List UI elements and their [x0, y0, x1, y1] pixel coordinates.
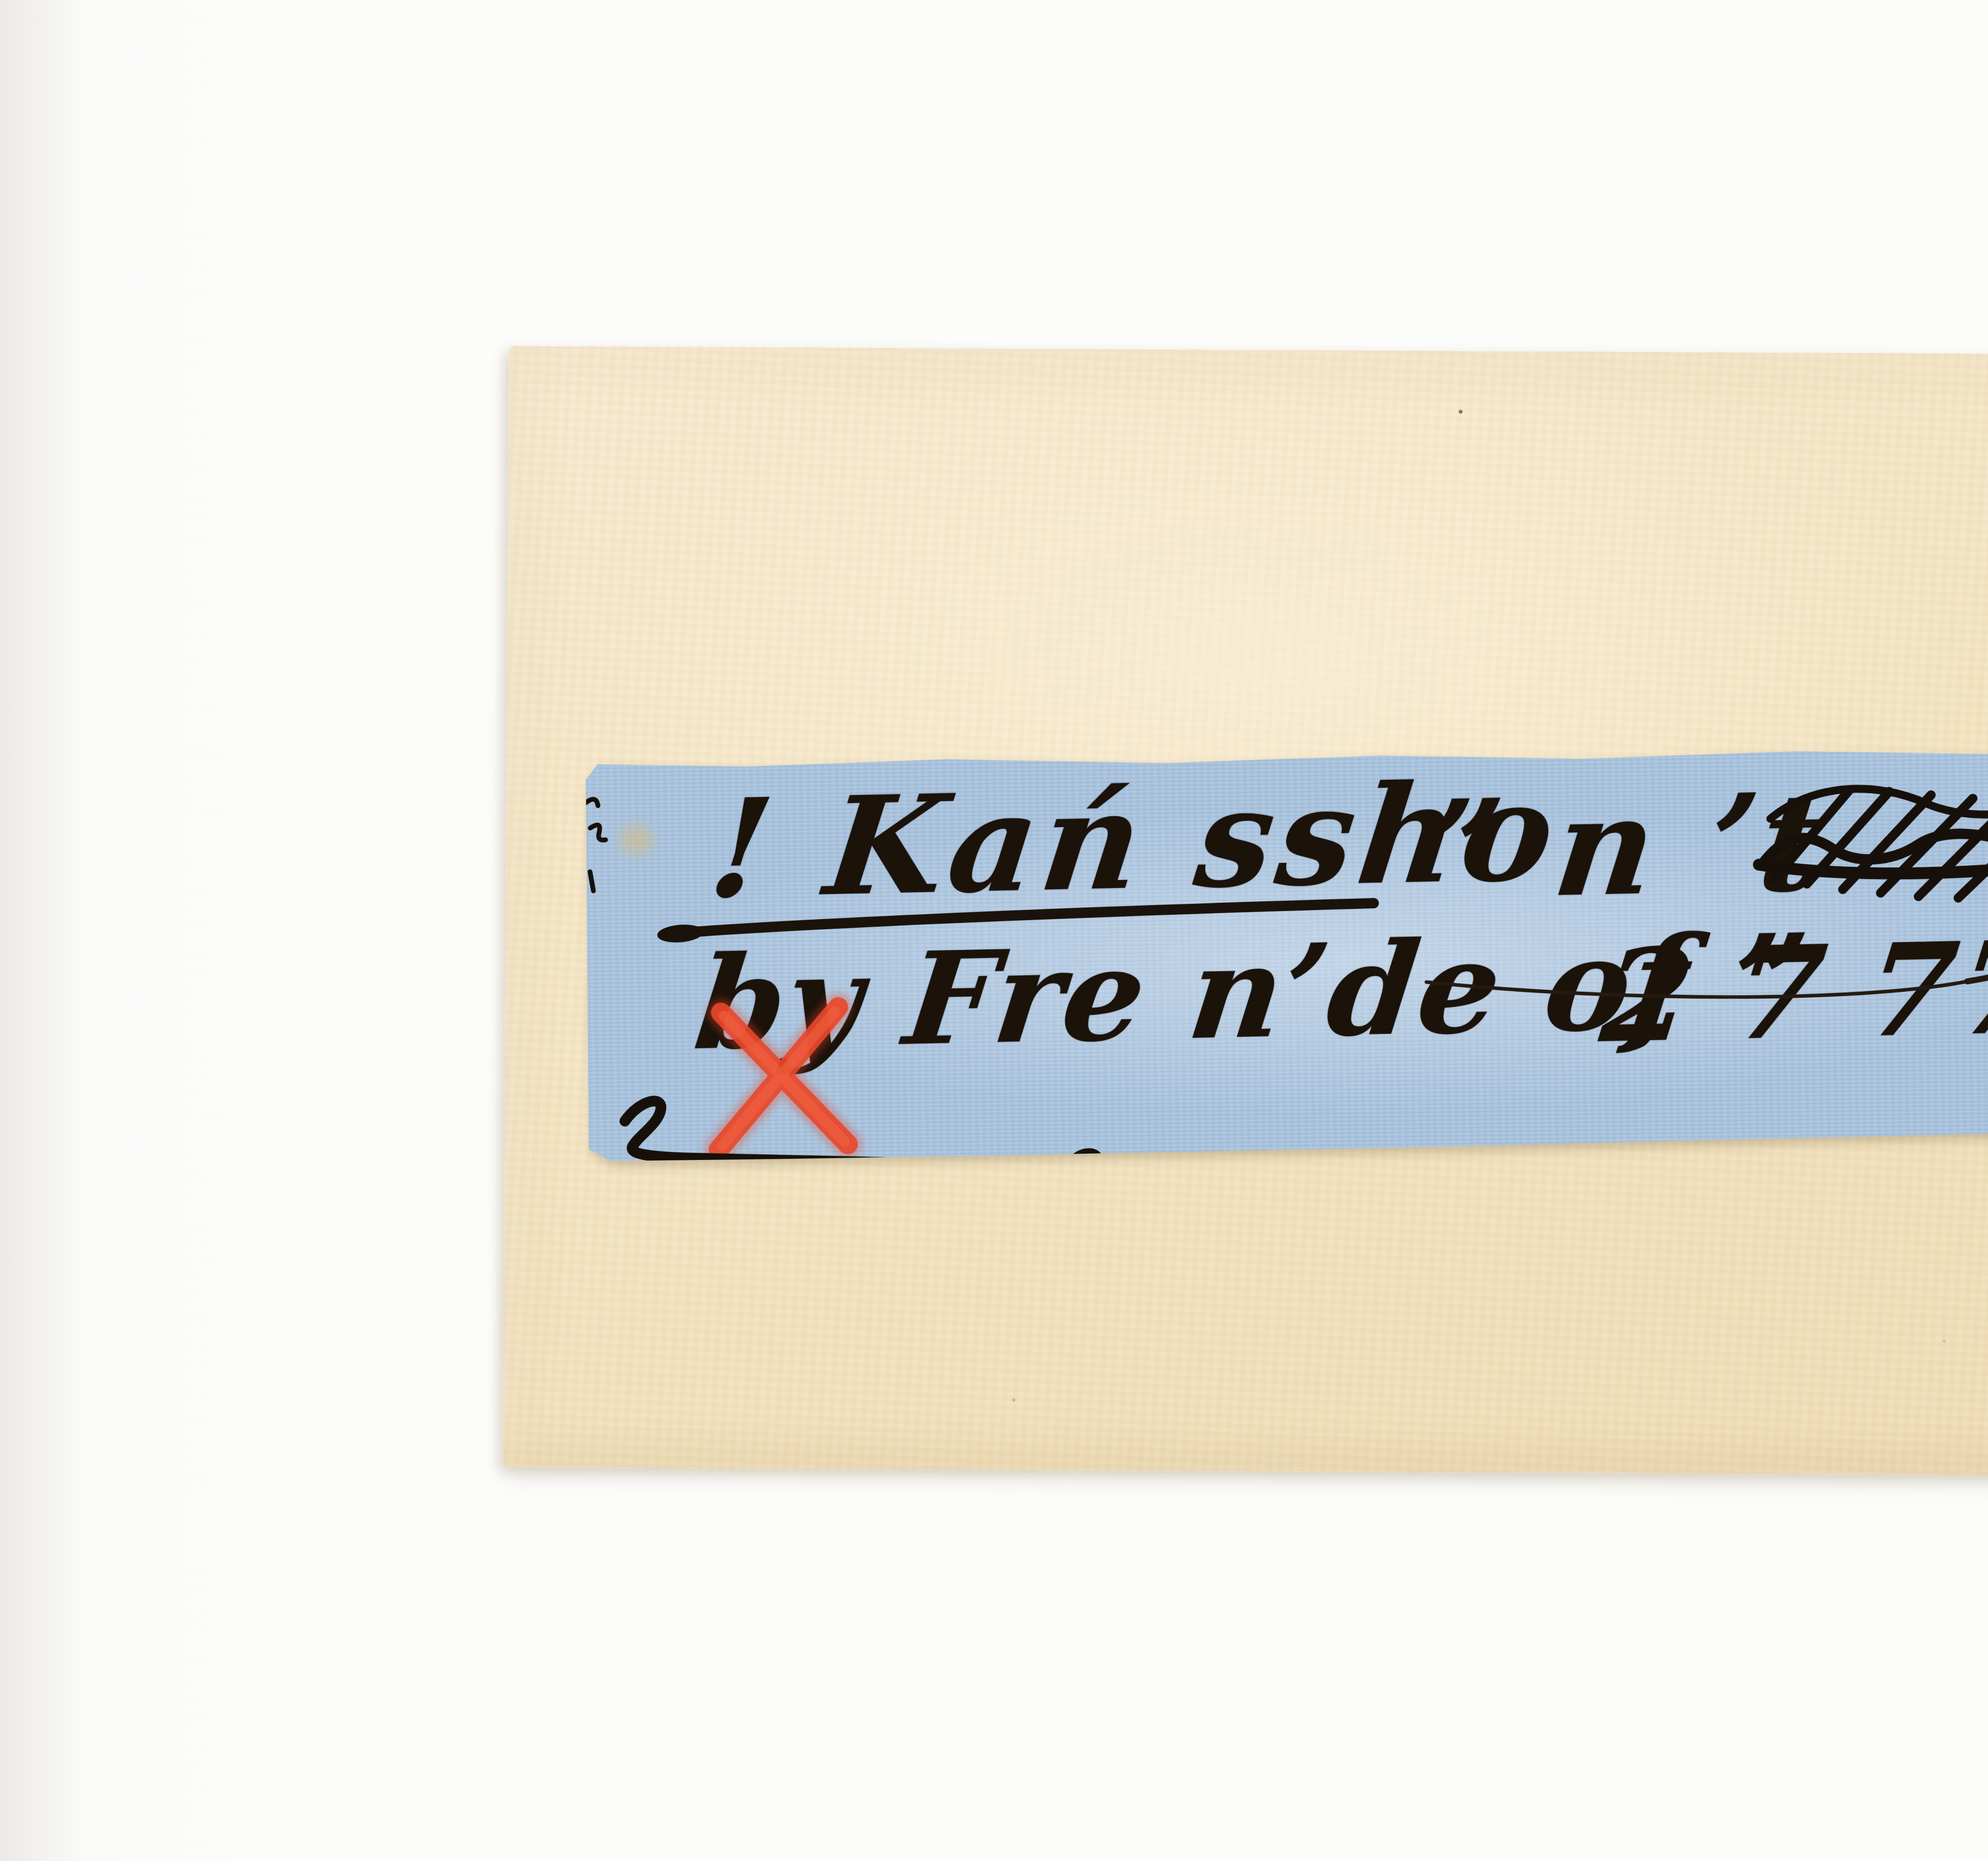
paper-speck: [1943, 1340, 1945, 1342]
paper-speck: [1459, 410, 1463, 414]
red-x-mark: [717, 1007, 848, 1150]
blue-paper-clipping-wrapper: ! Kań ssho ” n ’t by Fre n’de of ” 2 7 7…: [580, 739, 1988, 1161]
cut-off-strokes: [625, 1096, 1120, 1162]
blue-paper-clipping: ! Kań ssho ” n ’t by Fre n’de of ” 2 7 7…: [580, 739, 1988, 1161]
scanned-document-photo: ! Kań ssho ” n ’t by Fre n’de of ” 2 7 7…: [0, 0, 1988, 1861]
strikethrough-scribble: [1758, 765, 1988, 902]
flourish-tail: [1425, 872, 1988, 1001]
underline-stroke: [656, 903, 1374, 944]
paper-speck: [1012, 1399, 1015, 1402]
ink-marks-overlay: [580, 739, 1988, 1161]
cream-backing-card: ! Kań ssho ” n ’t by Fre n’de of ” 2 7 7…: [503, 346, 1988, 1477]
edge-marks: [586, 759, 759, 891]
